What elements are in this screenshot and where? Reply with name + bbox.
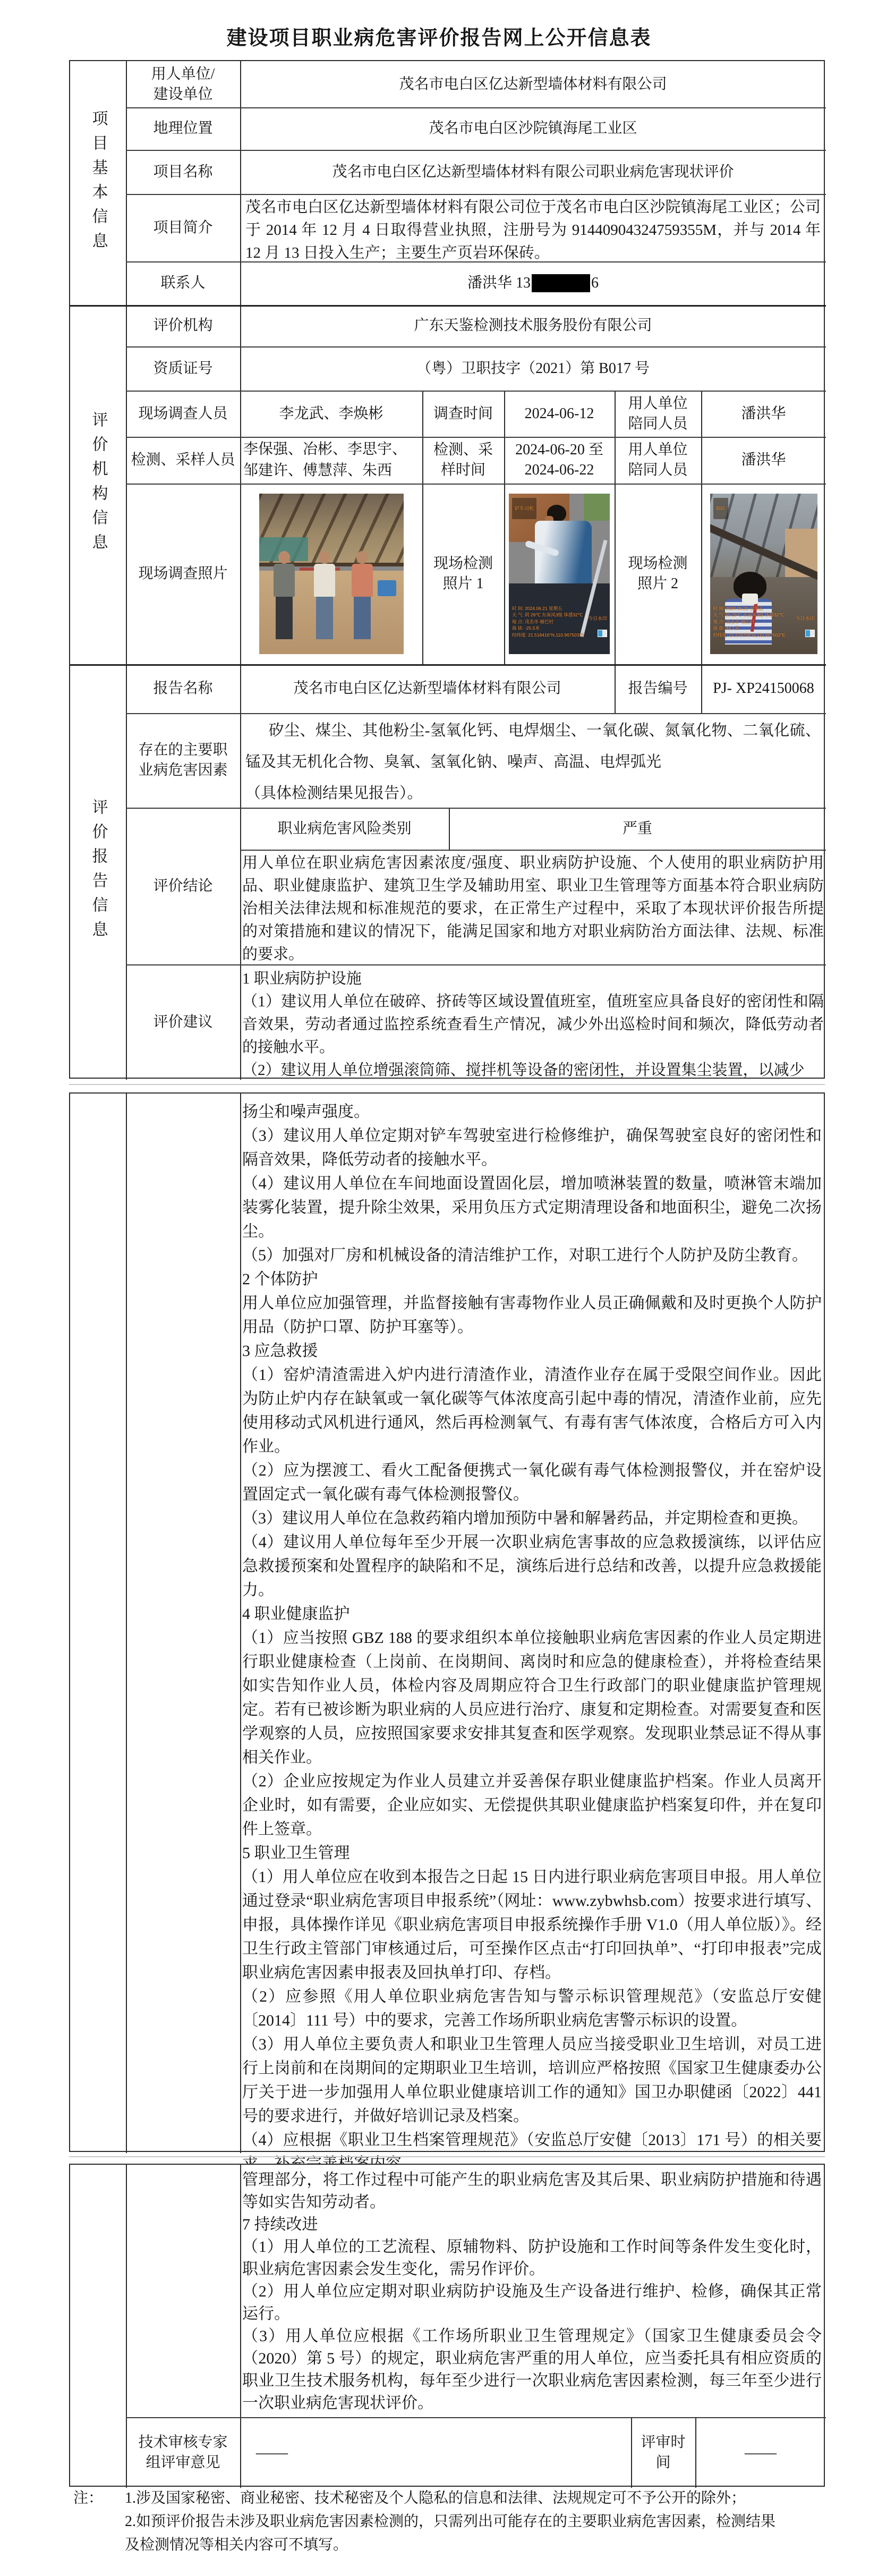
row-label-cert-no: 资质证号	[126, 346, 240, 391]
page-break-line	[69, 2156, 825, 2157]
page-title: 建设项目职业病危害评价报告网上公开信息表	[0, 21, 878, 50]
photo-plants	[584, 494, 610, 521]
suggestions-text-part3: 管理部分，将工作过程中可能产生的职业病危害及其后果、职业病防护措施和待遇等如实告…	[240, 2165, 826, 2417]
notes-text: 1.涉及国家秘密、商业秘密、技术秘密及个人隐私的信息和法律、法规规定可不予公开的…	[125, 2487, 825, 2557]
employer-value: 茂名市电白区亿达新型墙体材料有限公司	[240, 61, 826, 107]
survey-photo	[259, 494, 404, 654]
section-label-basic-info: 项目基本信息	[70, 61, 126, 305]
watermark-logo: 今日水印	[795, 608, 814, 637]
row-label-agency: 评价机构	[126, 305, 240, 346]
person-figure	[352, 551, 373, 641]
sampling-staff: 李保强、冶彬、李思宇、邹建许、傅慧萍、朱西	[240, 437, 422, 484]
conclusion-text: 用人单位在职业病危害因素浓度/强度、职业病防护设施、个人使用的职业病防护用品、职…	[240, 850, 826, 964]
table-page-3: 管理部分，将工作过程中可能产生的职业病危害及其后果、职业病防护措施和待遇等如实告…	[69, 2164, 825, 2487]
sampling-time-label: 检测、采 样时间	[422, 437, 504, 484]
photo-watermark: 时 间: 2024.06.21 星期五 天 气: 阴 29℃ 东南风3级 体感3…	[713, 605, 786, 639]
row-label-hazards: 存在的主要职 业病危害因素	[126, 713, 240, 808]
location-value: 茂名市电白区沙院镇海尾工业区	[240, 107, 826, 150]
grid-line	[126, 1094, 127, 2153]
risk-category-label: 职业病危害风险类别	[240, 808, 449, 850]
redaction-box	[532, 274, 590, 292]
person-figure	[274, 551, 295, 641]
project-intro-value: 茂名市电白区亿达新型墙体材料有限公司位于茂名市电白区沙院镇海尾工业区；公司于 2…	[240, 194, 826, 261]
report-no-value: PJ- XP24150068	[701, 664, 826, 713]
hazards-value: 矽尘、煤尘、其他粉尘-氢氧化钙、电焊烟尘、一氧化碳、氮氧化物、二氧化硫、锰及其无…	[240, 713, 826, 808]
agency-value: 广东天鉴检测技术服务股份有限公司	[240, 305, 826, 346]
review-opinion-label: 技术审核专家 组评审意见	[126, 2417, 240, 2488]
row-label-survey-staff: 现场调查人员	[126, 391, 240, 437]
cert-no-value: （粤）卫职技字（2021）第 B017 号	[240, 346, 826, 391]
row-label-project-intro: 项目简介	[126, 194, 240, 261]
review-time-label: 评审时 间	[631, 2417, 695, 2488]
inspection-photo2-cell: 制砖 时 间: 2024.06.21 星期五 天 气: 阴 29℃ 东南风3级 …	[701, 484, 826, 664]
table-page-1: 项目基本信息 评价机构信息 评价报告信息 用人单位/ 建设单位 茂名市电白区亿达…	[69, 60, 825, 1079]
contact-suffix: 6	[591, 273, 599, 293]
contact-value: 潘洪华 136	[240, 261, 826, 305]
person-torso	[535, 521, 591, 585]
sampling-escort: 潘洪华	[701, 437, 826, 484]
row-label-sampling-staff: 检测、采样人员	[126, 437, 240, 484]
suggestions-text-part2: 扬尘和噪声强度。 （3）建议用人单位定期对铲车驾驶室进行检修维护，确保驾驶室良好…	[240, 1094, 826, 2153]
row-label-location: 地理位置	[126, 107, 240, 150]
photo2-label: 现场检测 照片 2	[615, 484, 701, 664]
review-opinion-value: ——	[240, 2417, 631, 2488]
row-label-project-name: 项目名称	[126, 150, 240, 194]
sampling-time: 2024-06-20 至 2024-06-22	[504, 437, 615, 484]
section-label-report-info: 评价报告信息	[70, 664, 126, 1080]
table-page-2: 扬尘和噪声强度。 （3）建议用人单位定期对铲车驾驶室进行检修维护，确保驾驶室良好…	[69, 1092, 825, 2152]
person-mask	[742, 594, 758, 604]
row-label-employer: 用人单位/ 建设单位	[126, 61, 240, 107]
watermark-badge: 制砖	[713, 498, 728, 519]
inspection-photo-1: 铲车司机 时 间: 2024.06.21 星期五 天 气: 阴 29℃ 东南风3…	[509, 494, 610, 654]
row-label-contact: 联系人	[126, 261, 240, 305]
review-time-value: ——	[695, 2417, 826, 2488]
survey-photo-cell	[240, 484, 422, 664]
report-name-value: 茂名市电白区亿达新型墙体材料有限公司	[240, 664, 615, 713]
inspection-photo1-cell: 铲车司机 时 间: 2024.06.21 星期五 天 气: 阴 29℃ 东南风3…	[504, 484, 615, 664]
watermark-logo-icon	[598, 630, 607, 637]
watermark-logo-icon	[805, 630, 815, 637]
hazards-note: （具体检测结果见报告）。	[245, 778, 821, 809]
section-label-agency-info: 评价机构信息	[70, 305, 126, 664]
person-figure	[314, 551, 335, 641]
watermark-logo: 今日水印	[588, 608, 607, 637]
sampling-escort-label: 用人单位 陪同人员	[615, 437, 701, 484]
photo1-label: 现场检测 照片 1	[422, 484, 504, 664]
survey-escort: 潘洪华	[701, 391, 826, 437]
risk-category-value: 严重	[449, 808, 826, 850]
row-label-survey-photo: 现场调查照片	[126, 484, 240, 664]
watermark-badge: 铲车司机	[512, 498, 536, 519]
photo-watermark: 时 间: 2024.06.21 星期五 天 气: 阴 29℃ 东南风3级 体感3…	[512, 605, 584, 639]
survey-staff: 李龙武、李焕彬	[240, 391, 422, 437]
survey-time-label: 调查时间	[422, 391, 504, 437]
project-name-value: 茂名市电白区亿达新型墙体材料有限公司职业病危害现状评价	[240, 150, 826, 194]
row-label-report-name: 报告名称	[126, 664, 240, 713]
survey-time: 2024-06-12	[504, 391, 615, 437]
contact-name-prefix: 潘洪华 13	[467, 273, 531, 293]
row-label-conclusion: 评价结论	[126, 808, 240, 964]
inspection-photo-2: 制砖 时 间: 2024.06.21 星期五 天 气: 阴 29℃ 东南风3级 …	[710, 494, 817, 654]
notes-prefix: 注：	[73, 2487, 124, 2510]
page-break-line	[69, 1084, 825, 1085]
suggestions-text-part1: 1 职业病防护设施 （1）建议用人单位在破碎、挤砖等区域设置值班室，值班室应具备…	[240, 964, 826, 1080]
photo-chair	[378, 580, 396, 596]
survey-escort-label: 用人单位 陪同人员	[615, 391, 701, 437]
row-label-suggestions: 评价建议	[126, 964, 240, 1080]
report-no-label: 报告编号	[615, 664, 701, 713]
document-page: { "title": "建设项目职业病危害评价报告网上公开信息表", "page…	[0, 0, 878, 2576]
hazards-list: 矽尘、煤尘、其他粉尘-氢氧化钙、电焊烟尘、一氧化碳、氮氧化物、二氧化硫、锰及其无…	[245, 715, 821, 778]
